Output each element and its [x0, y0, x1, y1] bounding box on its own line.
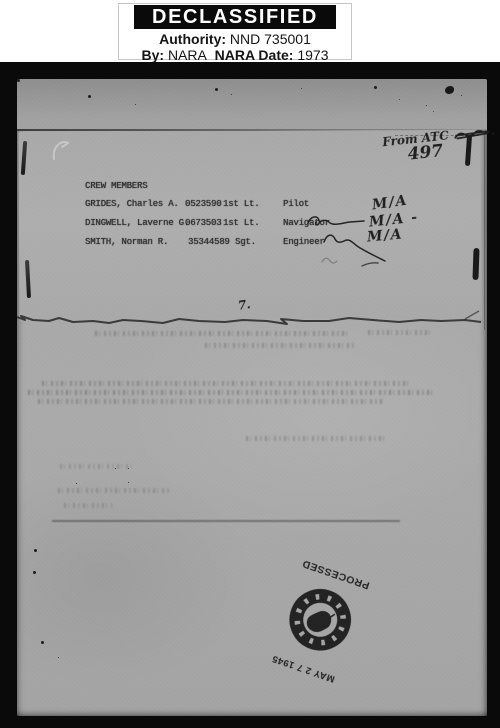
- document-paper: CREW MEMBERS GRIDES, Charles A. 0523590 …: [17, 79, 487, 716]
- declassified-banner: DECLASSIFIED: [134, 5, 336, 29]
- handwritten-squiggle: [300, 210, 450, 274]
- faded-text-line: [95, 331, 350, 336]
- declassification-stamp: DECLASSIFIED Authority: NND 735001 By: N…: [118, 3, 352, 60]
- by-label: By:: [141, 47, 164, 63]
- crew-rank: Sgt.: [235, 237, 256, 247]
- photo-backdrop: CREW MEMBERS GRIDES, Charles A. 0523590 …: [0, 62, 500, 728]
- crew-position: Pilot: [283, 199, 309, 209]
- by-date-line: By: NARA NARA Date: 1973: [119, 47, 351, 63]
- authority-value: NND 735001: [230, 31, 311, 47]
- underlying-sheet-top-edge: [17, 79, 487, 131]
- authority-line: Authority: NND 735001: [119, 31, 351, 47]
- circular-date-stamp: MAY 2 7 1945 PROCESSED: [253, 551, 386, 695]
- pencil-streak: [52, 520, 400, 522]
- crew-name: DINGWELL, Laverne G.: [85, 218, 189, 228]
- crew-name: GRIDES, Charles A.: [85, 199, 179, 209]
- crew-rank: 1st Lt.: [223, 218, 259, 228]
- authority-label: Authority:: [159, 31, 226, 47]
- scanned-document-page: DECLASSIFIED Authority: NND 735001 By: N…: [0, 0, 500, 728]
- crew-serial: 0673503: [185, 218, 221, 228]
- faded-text-line: [205, 343, 355, 348]
- crew-serial: 35344589: [188, 237, 230, 247]
- annotation-mark: 7.: [237, 297, 251, 313]
- crew-serial: 0523590: [185, 199, 221, 209]
- ink-dash: [472, 248, 479, 280]
- stamp-word: PROCESSED: [301, 557, 372, 591]
- faded-text-line: [28, 390, 432, 395]
- date-label: NARA Date:: [215, 47, 294, 63]
- crew-rank: 1st Lt.: [223, 199, 259, 209]
- white-scratch: [48, 137, 78, 163]
- stamp-center-emblem: [305, 607, 334, 636]
- faded-text-line: [246, 436, 386, 441]
- crew-name: SMITH, Norman R.: [85, 237, 168, 247]
- faded-text-line: [64, 503, 112, 508]
- stamp-date: MAY 2 7 1945: [270, 652, 336, 684]
- dust-flecks: [17, 79, 20, 82]
- by-value: NARA: [168, 47, 207, 63]
- date-value: 1973: [297, 47, 328, 63]
- strip-right-border: [484, 134, 485, 330]
- faded-text-line: [368, 330, 433, 335]
- faded-text-line: [42, 381, 410, 386]
- crew-section-heading: CREW MEMBERS: [85, 181, 147, 191]
- faded-text-line: [38, 399, 383, 404]
- faded-text-line: [58, 488, 170, 493]
- faded-text-line: [60, 464, 132, 469]
